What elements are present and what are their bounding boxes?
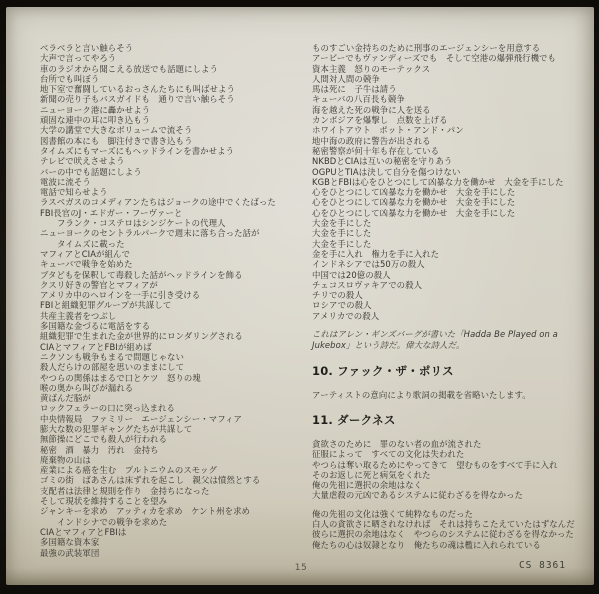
lyric-line: 大学の講堂で大きなボリュームで流そう bbox=[40, 125, 312, 135]
lyric-line: そのお返しに死と病気をくれた bbox=[312, 470, 596, 480]
lyric-line: クスリ好きの警官とマフィアが bbox=[40, 280, 312, 290]
lyric-line: 図書館の本にも 脚注付きで書き込もう bbox=[40, 136, 312, 146]
lyric-line: ロックフェラーの口に突っ込まれる bbox=[40, 403, 312, 413]
lyrics-column-left: ベラベラと言い触らそう大声で言ってやろう車のラジオから聞こえる放送でも話題にしよ… bbox=[40, 43, 312, 558]
lyric-line: キューバで戦争を始めた bbox=[40, 259, 312, 269]
lyric-line: 共産主義者をつぶし bbox=[40, 311, 312, 321]
lyric-line: 征服によって すべての文化は失われた bbox=[312, 449, 596, 459]
lyric-line: 廃棄物の山は bbox=[40, 455, 312, 465]
section-heading: 11. ダークネス bbox=[312, 410, 596, 431]
line-gap bbox=[312, 321, 596, 329]
lyric-line: アメリカ中のヘロインを一手に引き受ける bbox=[40, 290, 312, 300]
line-gap bbox=[312, 400, 596, 410]
lyric-line: 最強の武装軍団 bbox=[40, 548, 312, 558]
lyric-line: 組織犯罪で生まれた金が世界的にロンダリングされる bbox=[40, 331, 312, 341]
scan-background: ベラベラと言い触らそう大声で言ってやろう車のラジオから聞こえる放送でも話題にしよ… bbox=[0, 0, 599, 594]
lyric-line: ロシアでの殺人 bbox=[312, 300, 596, 310]
lyric-line: 貪欲さのために 罪のない者の血が流された bbox=[312, 439, 596, 449]
lyric-line: ニクソンも戦争もまるで問題じゃない bbox=[40, 352, 312, 362]
lyric-line: 頑固な連中の耳に叩き込もう bbox=[40, 115, 312, 125]
lyric-line: 電話で知らせよう bbox=[40, 187, 312, 197]
lyric-line: 秘密警察が何十年も存在している bbox=[312, 146, 596, 156]
lyric-line: アーティストの意向により歌詞の掲載を省略いたします。 bbox=[312, 390, 596, 400]
lyric-line: OGPUとTIAは決して自分を傷つけない bbox=[312, 167, 596, 177]
lyric-line: 電波に流そう bbox=[40, 177, 312, 187]
lyric-line: マフィアとCIAが組んで bbox=[40, 249, 312, 259]
lyric-line: 資本主義 怒りのモーテックス bbox=[312, 64, 596, 74]
lyric-line: ホワイトアウト ポット・アンド・パン bbox=[312, 125, 596, 135]
lyric-line: FBIと組織犯罪グループが共謀して bbox=[40, 300, 312, 310]
lyric-line: 殺人だらけの部屋を思いのままにして bbox=[40, 362, 312, 372]
lyric-line: そして現状を維持することを望み bbox=[40, 496, 312, 506]
lyric-line: タイムズにもマーズにもヘッドラインを書かせよう bbox=[40, 146, 312, 156]
page-number: 15 bbox=[286, 563, 316, 573]
lyrics-column-right: ものすごい金持ちのために刑事のエージェンシーを用意するアービーでもヴァンディーズ… bbox=[312, 43, 596, 550]
lyric-line: 多国籍な金づるに電話をする bbox=[40, 321, 312, 331]
lyric-line: 大金を手にした bbox=[312, 239, 596, 249]
lyric-line: 中央情報局 ファミリー エージェンシー・マフィア bbox=[40, 414, 312, 424]
lyric-line: タイムズに載った bbox=[40, 239, 312, 249]
lyric-line: CIAとマフィアとFBIが組めば bbox=[40, 342, 312, 352]
lyric-line: アメリカでの殺人 bbox=[312, 311, 596, 321]
lyric-line: バーの中でも話題にしよう bbox=[40, 167, 312, 177]
line-gap bbox=[312, 351, 596, 361]
lyric-line: 心をひとつにして凶暴な力を働かせ 大金を手にした bbox=[312, 208, 596, 218]
section-heading: 10. ファック・ザ・ポリス bbox=[312, 361, 596, 382]
lyric-line: 白人の貪欲さに晒されなければ それは持ちこたえていたはずなんだ bbox=[312, 519, 596, 529]
lyric-line: ニューヨーク港に轟かせよう bbox=[40, 105, 312, 115]
lyric-line: CIAとマフィアとFBIは bbox=[40, 527, 312, 537]
lyric-line: 新聞の売り子もバスガイドも 通りで言い触らそう bbox=[40, 94, 312, 104]
lyric-line: 中国では20億の殺人 bbox=[312, 270, 596, 280]
booklet-page: ベラベラと言い触らそう大声で言ってやろう車のラジオから聞こえる放送でも話題にしよ… bbox=[6, 7, 594, 585]
lyric-line: 黄ばんだ脳が bbox=[40, 393, 312, 403]
lyric-line: キューバの八百長も競争 bbox=[312, 94, 596, 104]
lyric-line: ベラベラと言い触らそう bbox=[40, 43, 312, 53]
lyric-line: 大声で言ってやろう bbox=[40, 53, 312, 63]
lyric-line: 大量虐殺の元凶であるシステムに従わざるを得なかった bbox=[312, 490, 596, 500]
lyric-line: インドネシアでは50万の殺人 bbox=[312, 259, 596, 269]
lyric-line: FBI長官のJ・エドガー・フーヴァーと bbox=[40, 208, 312, 218]
line-gap bbox=[312, 431, 596, 439]
lyric-line: これはアレン・ギンズバーグが書いた「Hadda Be Played on a bbox=[312, 329, 596, 340]
catalog-number: CS 8361 bbox=[519, 560, 566, 571]
lyric-line: 多国籍な資本家 bbox=[40, 537, 312, 547]
lyric-line: ラスベガスのコメディアンたちはジョークの途中でくたばった bbox=[40, 197, 312, 207]
lyric-line: やつらの関係はまるで口とケツ 怒りの塊 bbox=[40, 373, 312, 383]
lyric-line: 心をひとつにして凶暴な力を働かせ 大金を手にした bbox=[312, 197, 596, 207]
lyric-line: 産業による癌を生む プルトニウムのスモッグ bbox=[40, 465, 312, 475]
lyric-line: インドシナでの戦争を求めた bbox=[40, 517, 312, 527]
lyric-line: 大金を手にした bbox=[312, 218, 596, 228]
lyric-line: Jukebox」という詩だ。偉大な詩人だ。 bbox=[312, 340, 596, 351]
lyric-line: やつらは奪い取るためにやってきて 望むものをすべて手に入れ bbox=[312, 460, 596, 470]
lyric-line: 膨大な数の犯罪ギャングたちが共謀して bbox=[40, 424, 312, 434]
line-gap bbox=[312, 501, 596, 509]
lyric-line: ものすごい金持ちのために刑事のエージェンシーを用意する bbox=[312, 43, 596, 53]
lyric-line: 無節操にどこでも殺人が行われる bbox=[40, 434, 312, 444]
lyric-line: 俺の先祖に選択の余地はなく bbox=[312, 480, 596, 490]
lyric-line: 彼らに選択の余地はなく やつらのシステムに従わざるを得なかった bbox=[312, 529, 596, 539]
line-gap bbox=[312, 382, 596, 390]
lyric-line: 大金を手にした bbox=[312, 228, 596, 238]
lyric-line: ゴミの街 ばあさんは床ずれを起こし 親父は憤然とする bbox=[40, 475, 312, 485]
lyric-line: 秘密 酒 暴力 汚れ 金持ち bbox=[40, 445, 312, 455]
lyric-line: KGBとFBIは心をひとつにして凶暴な力を働かせ 大金を手にした bbox=[312, 177, 596, 187]
lyric-line: ジャンキーを求め アッティカを求め ケント州を求め bbox=[40, 506, 312, 516]
lyric-line: 心をひとつにして凶暴な力を働かせ 大金を手にした bbox=[312, 187, 596, 197]
lyric-line: 車のラジオから聞こえる放送でも話題にしよう bbox=[40, 64, 312, 74]
lyric-line: フランク・コステロはシンジケートの代理人 bbox=[40, 218, 312, 228]
lyric-line: 台所でも叫ぼう bbox=[40, 74, 312, 84]
lyric-line: ニューヨークのセントラルパークで週末に落ち合った話が bbox=[40, 228, 312, 238]
lyric-line: 喉の奥から叫びが漏れる bbox=[40, 383, 312, 393]
lyric-line: チリでの殺人 bbox=[312, 290, 596, 300]
lyric-line: カンボジアを爆撃し 点数を上げる bbox=[312, 115, 596, 125]
lyric-line: 俺の先祖の文化は強くて純粋なものだった bbox=[312, 509, 596, 519]
lyric-line: 地下室で奮闘しているおっさんたちにも叫ばせよう bbox=[40, 84, 312, 94]
lyric-line: 支配者は法律と規則を作り 金持ちになった bbox=[40, 486, 312, 496]
lyric-line: 人間対人間の競争 bbox=[312, 74, 596, 84]
lyric-line: テレビで吠えさせよう bbox=[40, 156, 312, 166]
lyric-line: NKBDとCIAは互いの秘密を守りあう bbox=[312, 156, 596, 166]
lyric-line: 海を越えた死の戦争に人を送る bbox=[312, 105, 596, 115]
lyric-line: アービーでもヴァンディーズでも そして空港の爆弾飛行機でも bbox=[312, 53, 596, 63]
lyric-line: 馬は死に 子牛は請う bbox=[312, 84, 596, 94]
lyric-line: 地中海の政府に警告が出される bbox=[312, 136, 596, 146]
lyric-line: 金を手に入れ 権力を手に入れた bbox=[312, 249, 596, 259]
lyric-line: チェコスロヴァキアでの殺人 bbox=[312, 280, 596, 290]
lyric-line: 俺たちの心は奴隷となり 俺たちの魂は檻に入れられている bbox=[312, 540, 596, 550]
lyric-line: ブタどもを保釈して毒殺した話がヘッドラインを飾る bbox=[40, 270, 312, 280]
